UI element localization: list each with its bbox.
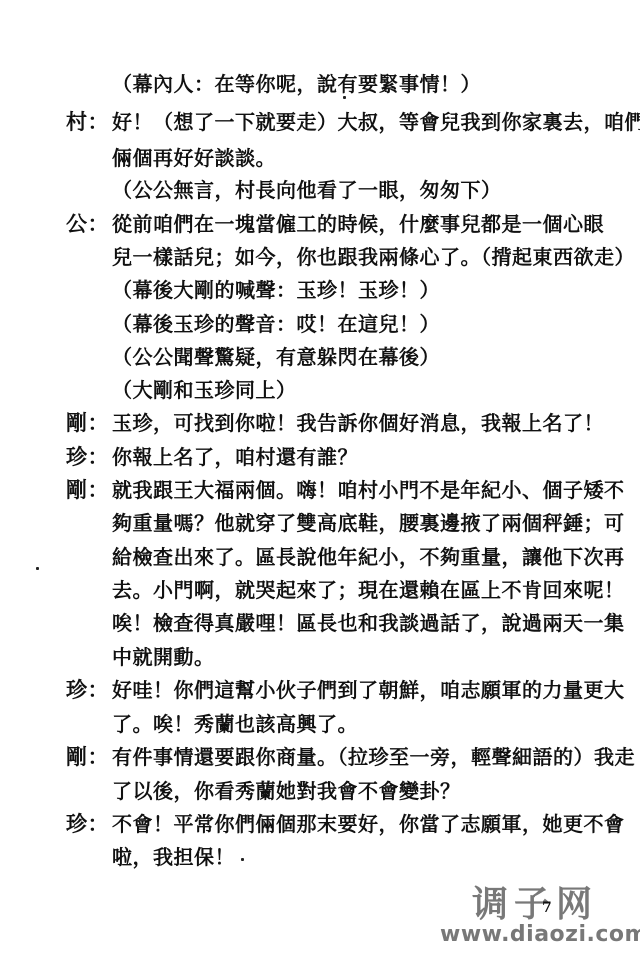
scan-speck [36, 567, 39, 570]
speaker-label: 剛： [66, 745, 109, 769]
line-text: （公公聞聲驚疑，有意躲閃在幕後） [112, 345, 440, 369]
line-text: 從前咱們在一塊當僱工的時候，什麼事兒都是一個心眼 [112, 212, 604, 236]
speaker-label: 剛： [66, 411, 109, 435]
scanned-script-page: （幕內人：在等你呢，說有要緊事情！）村：好！（想了一下就要走）大叔，等會兒我到你… [0, 0, 640, 954]
line-text: 了以後，你看秀蘭她對我會不會變卦？ [112, 779, 461, 803]
line-text: 去。小門啊，就哭起來了；現在還賴在區上不肯回來呢！ [112, 578, 625, 602]
page-number: 7 [542, 900, 552, 916]
speaker-label: 珍： [66, 812, 109, 836]
line-text: （幕後玉珍的聲音：哎！在這兒！） [112, 312, 440, 336]
line-text: 玉珍，可找到你啦！我告訴你個好消息，我報上名了！ [112, 411, 604, 435]
line-text: 倆個再好好談談。 [112, 146, 276, 170]
line-text: 有件事情還要跟你商量。（拉珍至一旁，輕聲細語的）我走 [112, 745, 635, 769]
line-text: 兒一樣話兒；如今，你也跟我兩條心了。（揹起東西欲走） [112, 245, 635, 269]
scan-speck [241, 858, 244, 861]
speaker-label: 珍： [66, 678, 109, 702]
line-text: （公公無言，村長向他看了一眼，匆匆下） [112, 178, 502, 202]
line-text: 好哇！你們這幫小伙子們到了朝鮮，咱志願軍的力量更大 [112, 678, 625, 702]
line-text: 好！（想了一下就要走）大叔，等會兒我到你家裏去，咱們 [112, 110, 640, 134]
line-text: 就我跟王大福兩個。嗨！咱村小門不是年紀小、個子矮不 [112, 478, 625, 502]
line-text: （幕內人：在等你呢，說有要緊事情！） [112, 72, 481, 96]
scan-speck [343, 96, 346, 99]
watermark-url: www.diaozi.com [440, 922, 640, 947]
line-text: 了。唉！秀蘭也該高興了。 [112, 712, 358, 736]
speaker-label: 村： [66, 110, 109, 134]
line-text: 不會！平常你們倆個那末要好，你當了志願軍，她更不會 [112, 812, 625, 836]
line-text: （幕後大剛的喊聲：玉珍！玉珍！） [112, 278, 440, 302]
line-text: 啦，我担保！ [112, 845, 235, 869]
speaker-label: 珍： [66, 445, 109, 469]
line-text: 夠重量嗎？他就穿了雙高底鞋，腰裏邊掖了兩個秤錘；可 [112, 511, 625, 535]
speaker-label: 公： [66, 212, 109, 236]
speaker-label: 剛： [66, 478, 109, 502]
line-text: 中就開動。 [112, 645, 215, 669]
watermark-title: 调子网 [472, 876, 598, 927]
line-text: 唉！檢查得真嚴哩！區長也和我談過話了，說過兩天一集 [112, 611, 625, 635]
line-text: （大剛和玉珍同上） [112, 378, 297, 402]
line-text: 給檢查出來了。區長說他年紀小，不夠重量，讓他下次再 [112, 545, 625, 569]
line-text: 你報上名了，咱村還有誰？ [112, 445, 358, 469]
